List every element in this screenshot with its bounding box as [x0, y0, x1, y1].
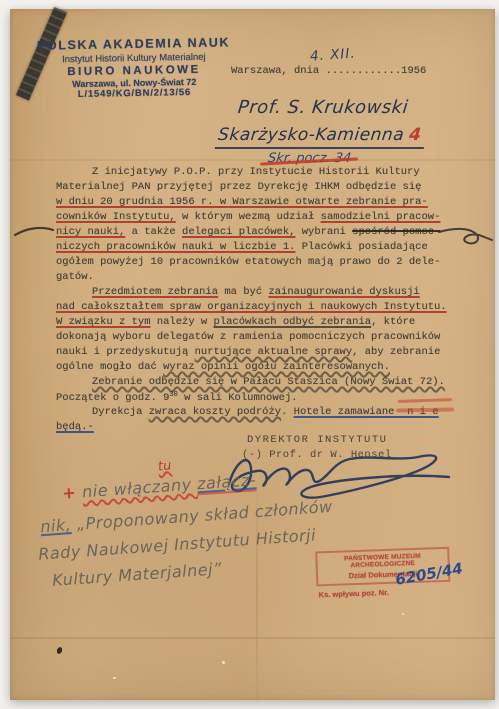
addressee-name: Prof. S. Krukowski — [237, 97, 409, 118]
letter-body: Z inicjatywy P.O.P. przy Instytucie Hist… — [56, 166, 458, 436]
letterhead-stamp: POLSKA AKADEMIA NAUK Instytut Historii K… — [27, 35, 240, 101]
paper-crease — [10, 159, 495, 161]
date-dots: ............ — [326, 65, 402, 77]
date-year: 1956 — [401, 65, 426, 77]
paper-crease — [10, 637, 495, 639]
ink-speck — [56, 646, 63, 654]
archive-stamp-register: Ks. wpływu poz. Nr. — [319, 586, 457, 600]
paper-speck — [402, 613, 404, 615]
letterhead-institution: POLSKA AKADEMIA NAUK — [27, 35, 239, 53]
pencil-note-line-1: + nie włączany załącz- — [62, 470, 257, 503]
paper-speck — [113, 677, 116, 679]
inserted-word-red: tu — [157, 458, 172, 474]
date-prefix: Warszawa, dnia — [231, 65, 326, 77]
pencil-note-line-4: Kultury Materjalnej” — [52, 559, 223, 590]
scan-background: POLSKA AKADEMIA NAUK Instytut Historii K… — [0, 0, 499, 709]
letterhead-reference-number: L/1549/KG/BN/2/13/56 — [28, 86, 240, 101]
date-line: Warszawa, dnia ............1956 — [231, 65, 426, 77]
signature-title: DYREKTOR INSTYTUTU — [247, 434, 387, 446]
city-number-red: 4 — [408, 125, 422, 145]
letter-paper: POLSKA AKADEMIA NAUK Instytut Historii K… — [10, 9, 495, 700]
city-text: Skarżysko-Kamienna — [217, 125, 405, 145]
paper-crease — [256, 477, 258, 700]
handwritten-date: 4. XII. — [309, 45, 356, 64]
signature-typed-name: (-) Prof. dr W. Hensel — [242, 449, 392, 461]
signature-scrawl — [229, 455, 449, 497]
paper-speck — [222, 661, 225, 664]
margin-dash-mark — [15, 228, 53, 235]
addressee-city: Skarżysko-Kamienna4 — [215, 125, 427, 149]
